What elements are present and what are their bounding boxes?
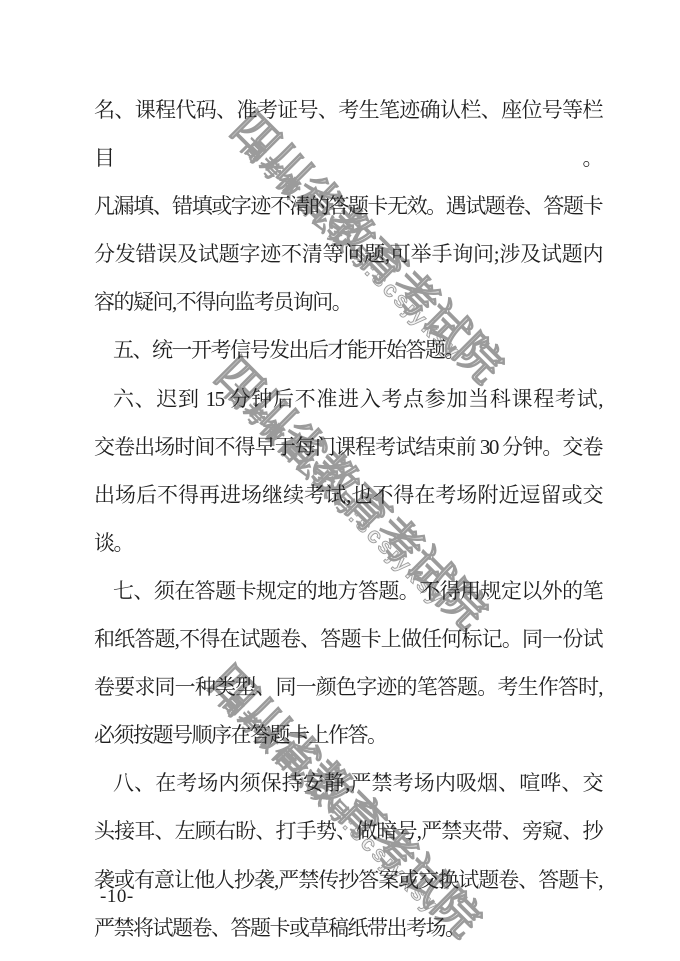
text-line: 交卷出场时间不得早于每门课程考试结束前 30 分钟。交卷 (94, 423, 602, 471)
text-line: 和纸答题,不得在试题卷、答题卡上做任何标记。同一份试 (94, 615, 602, 663)
text-line: 严禁将试题卷、答题卡或草稿纸带出考场。 (94, 904, 602, 952)
paragraph: 五、统一开考信号发出后才能开始答题。 (94, 326, 602, 374)
paragraph: 名、课程代码、准考证号、考生笔迹确认栏、座位号等栏目。凡漏填、错填或字迹不清的答… (94, 86, 602, 326)
paragraph: 七、须在答题卡规定的地方答题。不得用规定以外的笔和纸答题,不得在试题卷、答题卡上… (94, 567, 602, 759)
text-line: 出场后不得再进场继续考试,也不得在考场附近逗留或交 (94, 471, 602, 519)
paragraph: 六、迟到 15 分钟后不准进入考点参加当科课程考试,交卷出场时间不得早于每门课程… (94, 375, 602, 567)
text-line: 容的疑问,不得向监考员询问。 (94, 278, 602, 326)
text-line: 六、迟到 15 分钟后不准进入考点参加当科课程考试, (94, 375, 602, 423)
document-page: 四川省教育考试院 高考微信公众号:scsjyksy 四川省教育考试院 高考微信公… (0, 0, 680, 961)
text-line: 头接耳、左顾右盼、打手势、做暗号,严禁夹带、旁窥、抄 (94, 807, 602, 855)
text-line: 五、统一开考信号发出后才能开始答题。 (94, 326, 602, 374)
text-line: 八、在考场内须保持安静,严禁考场内吸烟、喧哗、交 (94, 759, 602, 807)
text-line: 袭或有意让他人抄袭,严禁传抄答案或交换试题卷、答题卡, (94, 856, 602, 904)
text-line: 分发错误及试题字迹不清等问题,可举手询问;涉及试题内 (94, 230, 602, 278)
body-text: 名、课程代码、准考证号、考生笔迹确认栏、座位号等栏目。凡漏填、错填或字迹不清的答… (94, 86, 602, 952)
paragraph: 八、在考场内须保持安静,严禁考场内吸烟、喧哗、交头接耳、左顾右盼、打手势、做暗号… (94, 759, 602, 951)
text-line: 必须按题号顺序在答题卡上作答。 (94, 711, 602, 759)
text-line: 凡漏填、错填或字迹不清的答题卡无效。遇试题卷、答题卡 (94, 182, 602, 230)
text-line: 七、须在答题卡规定的地方答题。不得用规定以外的笔 (94, 567, 602, 615)
page-number: -10- (100, 886, 134, 908)
text-line: 名、课程代码、准考证号、考生笔迹确认栏、座位号等栏目。 (94, 86, 602, 182)
text-line: 谈。 (94, 519, 602, 567)
text-line: 卷要求同一种类型、同一颜色字迹的笔答题。考生作答时, (94, 663, 602, 711)
